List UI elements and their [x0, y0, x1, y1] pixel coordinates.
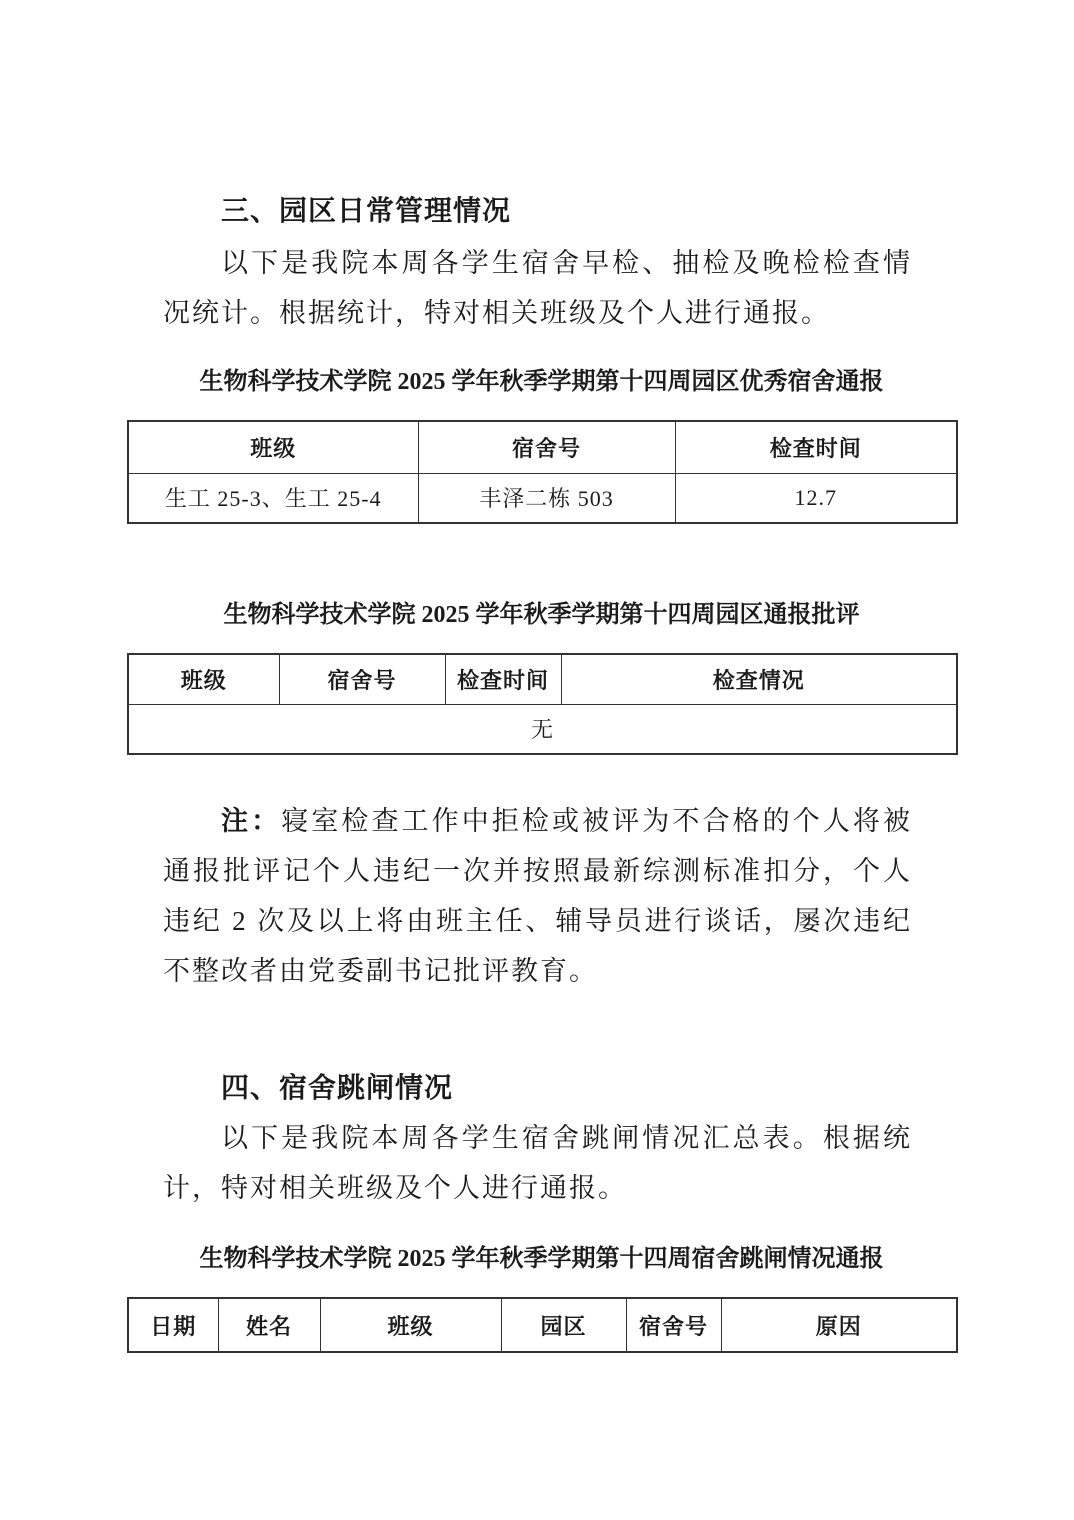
data-cell-none: 无	[128, 704, 957, 754]
data-cell-dorm-number: 丰泽二栋 503	[418, 473, 675, 523]
section-3-heading: 三、园区日常管理情况	[163, 191, 943, 231]
criticism-table: 班级 宿舍号 检查时间 检查情况 无	[127, 653, 958, 755]
data-cell-class: 生工 25-3、生工 25-4	[128, 473, 418, 523]
header-cell-class: 班级	[320, 1298, 501, 1352]
header-cell-dorm-number: 宿舍号	[626, 1298, 721, 1352]
header-cell-dorm-number: 宿舍号	[279, 654, 445, 704]
trip-table: 日期 姓名 班级 园区 宿舍号 原因	[127, 1297, 958, 1353]
section-4-heading: 四、宿舍跳闸情况	[163, 1068, 943, 1108]
excellent-dorm-table: 班级 宿舍号 检查时间 生工 25-3、生工 25-4 丰泽二栋 503 12.…	[127, 420, 958, 524]
header-cell-name: 姓名	[218, 1298, 320, 1352]
excellent-dorm-table-title: 生物科学技术学院 2025 学年秋季学期第十四周园区优秀宿舍通报	[127, 362, 956, 402]
header-cell-check-time: 检查时间	[675, 421, 957, 473]
note-paragraph: 注：寝室检查工作中拒检或被评为不合格的个人将被通报批评记个人违纪一次并按照最新综…	[163, 796, 912, 996]
header-cell-reason: 原因	[721, 1298, 957, 1352]
header-cell-campus: 园区	[501, 1298, 626, 1352]
data-cell-check-time: 12.7	[675, 473, 957, 523]
section-3-intro-paragraph: 以下是我院本周各学生宿舍早检、抽检及晚检检查情况统计。根据统计，特对相关班级及个…	[163, 238, 912, 338]
header-cell-check-time: 检查时间	[445, 654, 561, 704]
trip-table-header-row: 日期 姓名 班级 园区 宿舍号 原因	[128, 1298, 957, 1352]
header-cell-class: 班级	[128, 421, 418, 473]
header-cell-class: 班级	[128, 654, 279, 704]
header-cell-check-detail: 检查情况	[561, 654, 957, 704]
header-cell-date: 日期	[128, 1298, 218, 1352]
excellent-dorm-table-header-row: 班级 宿舍号 检查时间	[128, 421, 957, 473]
criticism-table-header-row: 班级 宿舍号 检查时间 检查情况	[128, 654, 957, 704]
excellent-dorm-table-data-row: 生工 25-3、生工 25-4 丰泽二栋 503 12.7	[128, 473, 957, 523]
note-label: 注：	[221, 806, 281, 836]
criticism-table-title: 生物科学技术学院 2025 学年秋季学期第十四周园区通报批评	[127, 595, 956, 635]
trip-table-title: 生物科学技术学院 2025 学年秋季学期第十四周宿舍跳闸情况通报	[127, 1239, 956, 1279]
header-cell-dorm-number: 宿舍号	[418, 421, 675, 473]
document-page: 三、园区日常管理情况 以下是我院本周各学生宿舍早检、抽检及晚检检查情况统计。根据…	[0, 0, 1074, 1520]
criticism-table-empty-row: 无	[128, 704, 957, 754]
section-4-intro-paragraph: 以下是我院本周各学生宿舍跳闸情况汇总表。根据统计，特对相关班级及个人进行通报。	[163, 1113, 912, 1213]
